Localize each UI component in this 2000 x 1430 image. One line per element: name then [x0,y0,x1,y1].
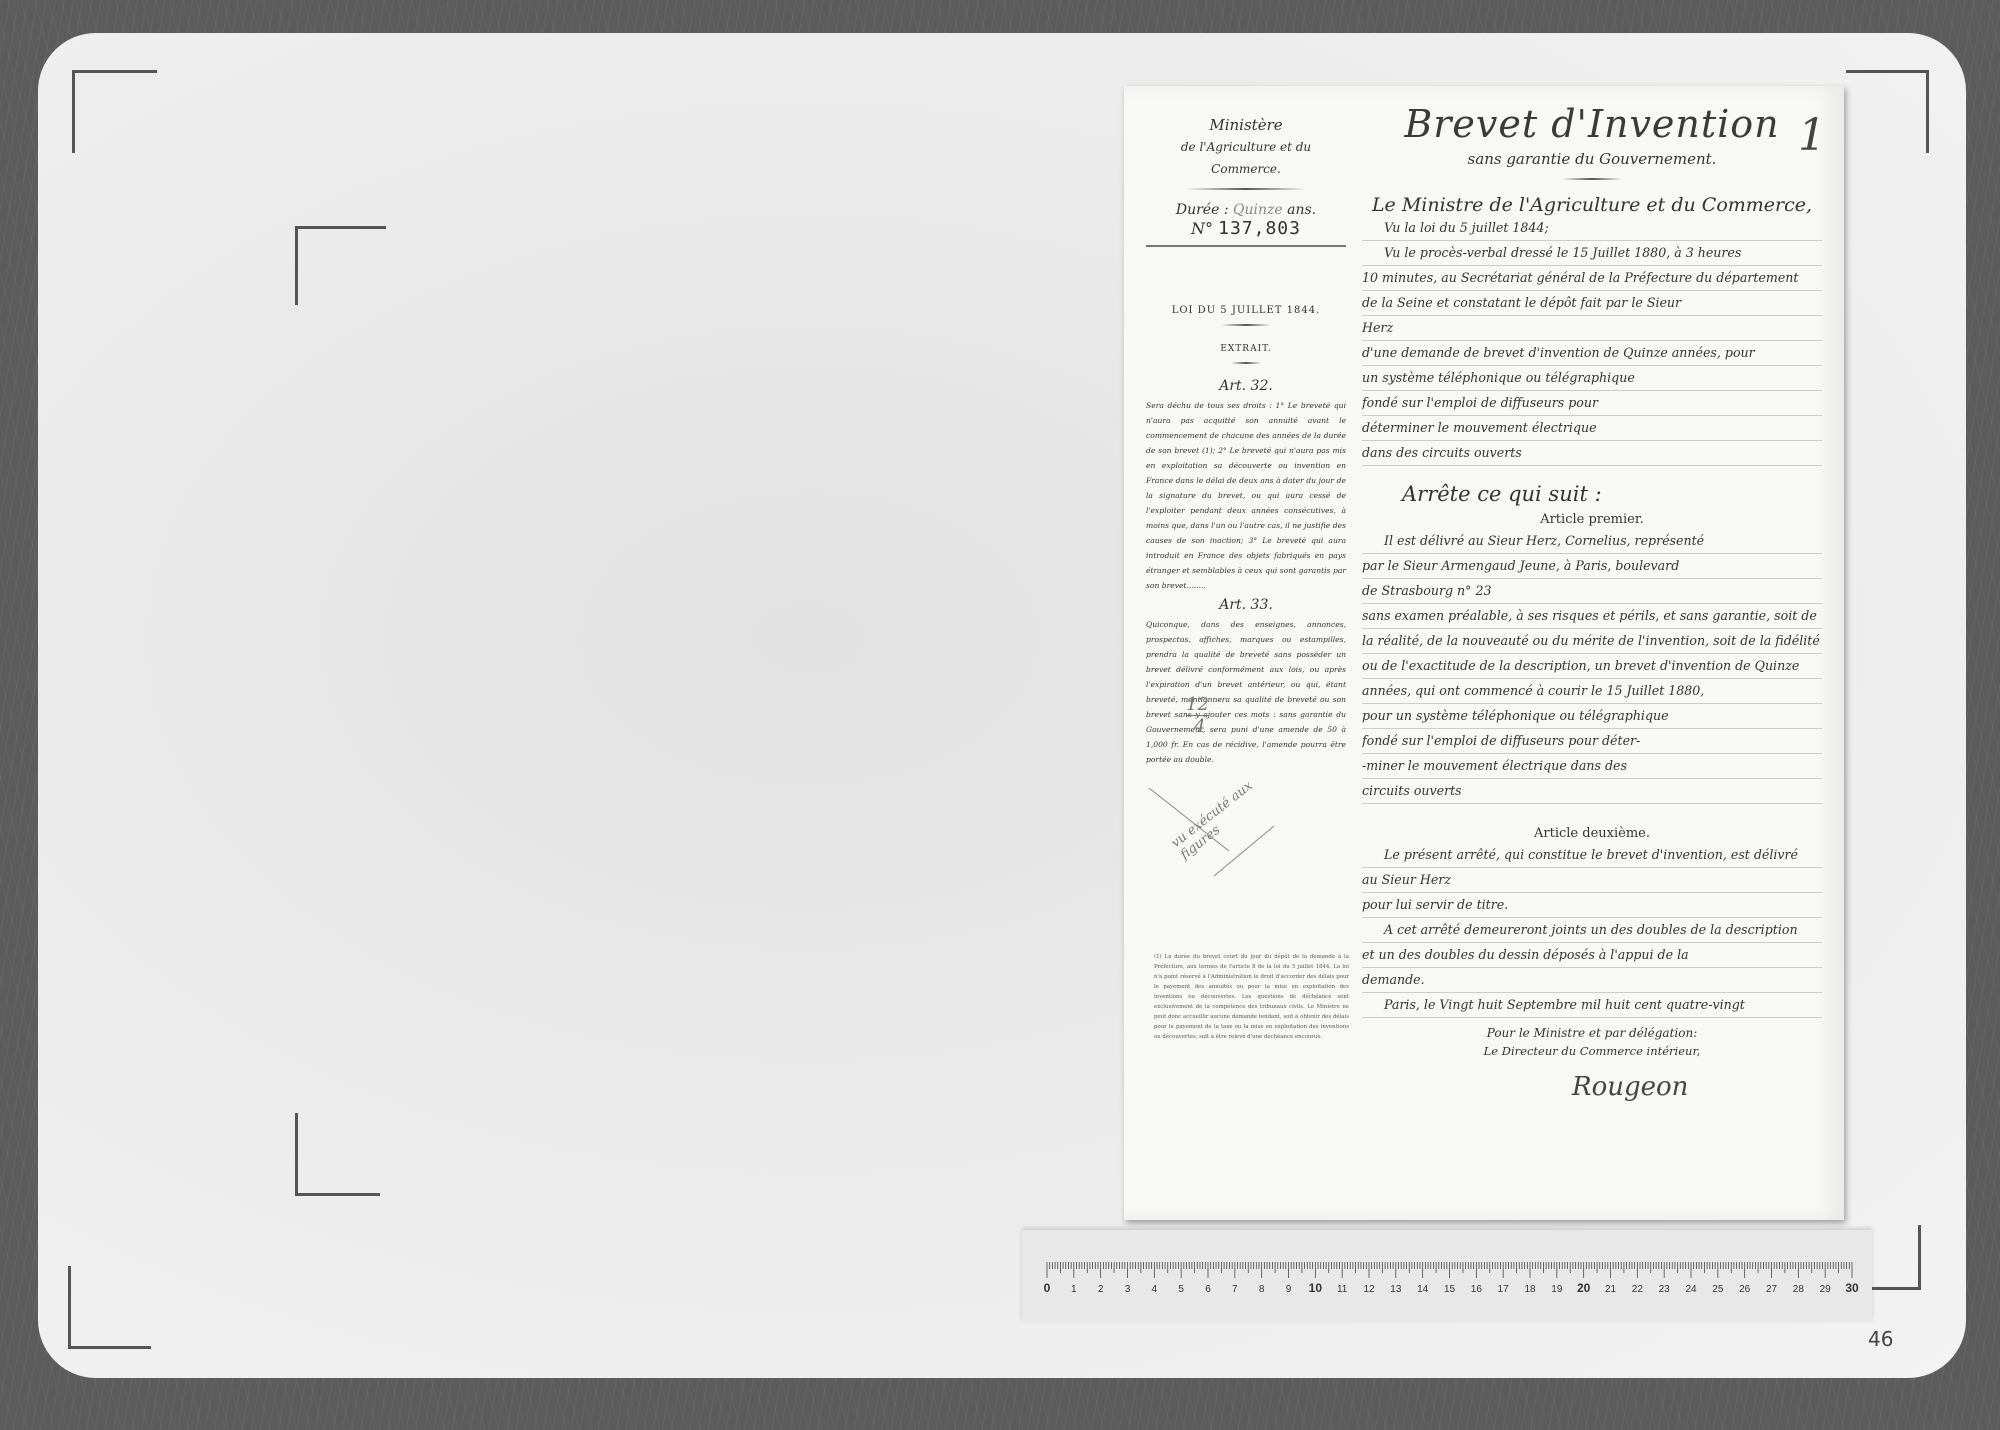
svg-text:15: 15 [1444,1284,1456,1295]
preamble-line: d'une demande de brevet d'invention de Q… [1362,341,1822,366]
article-1-heading: Article premier. [1362,512,1822,527]
annotation-fraction: 12 4 [1186,694,1209,737]
svg-text:23: 23 [1659,1284,1671,1295]
extract-heading: EXTRAIT. [1146,344,1346,354]
crop-mark-top-left [72,70,157,153]
article-2-lines: Le présent arrêté, qui constitue le brev… [1362,843,1822,1018]
article-1-line: années, qui ont commencé à courir le 15 … [1362,679,1822,704]
svg-text:11: 11 [1337,1284,1348,1295]
document-subtitle: sans garantie du Gouvernement. [1362,150,1822,168]
article-1-line: de Strasbourg n° 23 [1362,579,1822,604]
title-mark: 1 [1798,110,1826,161]
footnote: (1) La durée du brevet court du jour du … [1154,952,1349,1042]
document-title: Brevet d'Invention [1362,102,1822,146]
svg-text:9: 9 [1286,1284,1292,1295]
article-2-line: et un des doubles du dessin déposés à l'… [1362,943,1822,968]
article-2-line: Paris, le Vingt huit Septembre mil huit … [1362,993,1822,1018]
article-2-heading: Article deuxième. [1362,826,1822,841]
svg-text:4: 4 [1152,1284,1158,1295]
signature: Rougeon [1572,1072,1822,1102]
svg-text:28: 28 [1793,1284,1805,1295]
preamble-line: de la Seine et constatant le dépôt fait … [1362,291,1822,316]
article-1-line: -miner le mouvement électrique dans des [1362,754,1822,779]
arrete-heading: Arrête ce qui suit : [1402,482,1822,506]
crop-mark-inner-top-left [295,226,386,305]
svg-text:27: 27 [1766,1284,1778,1295]
signatory-line-1: Pour le Ministre et par délégation: [1362,1026,1822,1040]
svg-text:30: 30 [1845,1281,1859,1295]
duration-label: Durée : [1176,202,1229,218]
article-1-line: Il est délivré au Sieur Herz, Cornelius,… [1362,529,1822,554]
svg-text:17: 17 [1498,1284,1510,1295]
article-1-line: pour un système téléphonique ou télégrap… [1362,704,1822,729]
article-2-line: A cet arrêté demeureront joints un des d… [1362,918,1822,943]
law-heading: LOI DU 5 JUILLET 1844. [1146,305,1346,316]
article-1-line: la réalité, de la nouveauté ou du mérite… [1362,629,1822,654]
signatory-line-2: Le Directeur du Commerce intérieur, [1362,1044,1822,1058]
svg-text:21: 21 [1605,1284,1617,1295]
svg-text:10: 10 [1309,1281,1323,1295]
svg-text:24: 24 [1685,1284,1697,1295]
article-32-title: Art. 32. [1146,378,1346,394]
patent-number: 137,803 [1218,218,1301,239]
article-1-line: fondé sur l'emploi de diffuseurs pour dé… [1362,729,1822,754]
minister-line: Le Ministre de l'Agriculture et du Comme… [1362,194,1822,216]
article-2-line: Le présent arrêté, qui constitue le brev… [1362,843,1822,868]
svg-text:16: 16 [1471,1284,1483,1295]
crop-mark-top-right [1846,70,1929,153]
svg-text:2: 2 [1098,1284,1104,1295]
preamble-lines: Vu la loi du 5 juillet 1844;Vu le procès… [1362,216,1822,466]
svg-text:12: 12 [1363,1284,1375,1295]
ministry-title: Ministère [1146,114,1346,136]
patent-number-row: N° 137,803 [1146,218,1346,239]
duration-value: Quinze [1233,202,1283,218]
duration-row: Durée : Quinze ans. [1146,202,1346,218]
preamble-line: un système téléphonique ou télégraphique [1362,366,1822,391]
svg-text:22: 22 [1632,1284,1644,1295]
ornament-divider [1562,178,1622,180]
ornament-divider [1231,362,1261,364]
article-1-lines: Il est délivré au Sieur Herz, Cornelius,… [1362,529,1822,804]
preamble-line: dans des circuits ouverts [1362,441,1822,466]
svg-text:13: 13 [1390,1284,1402,1295]
crop-mark-inner-bottom-left [295,1113,380,1196]
svg-text:20: 20 [1577,1281,1591,1295]
ornament-divider [1186,188,1306,190]
preamble-line: Herz [1362,316,1822,341]
article-1-line: par le Sieur Armengaud Jeune, à Paris, b… [1362,554,1822,579]
article-33-text: Quiconque, dans des enseignes, annonces,… [1146,617,1346,767]
svg-text:14: 14 [1417,1284,1429,1295]
svg-text:18: 18 [1524,1284,1536,1295]
divider [1146,245,1346,247]
article-33-title: Art. 33. [1146,597,1346,613]
article-1-line: sans examen préalable, à ses risques et … [1362,604,1822,629]
ruler-scale: 0123456789101112131415161718192021222324… [1022,1230,1872,1322]
svg-text:7: 7 [1232,1284,1238,1295]
svg-text:26: 26 [1739,1284,1751,1295]
ornament-divider [1221,324,1271,326]
svg-text:25: 25 [1712,1284,1724,1295]
duration-unit: ans. [1287,202,1316,218]
number-label: N° [1191,219,1213,238]
page-number: 46 [1868,1327,1893,1351]
crop-mark-bottom-left [68,1266,151,1349]
fraction-top: 12 [1186,694,1209,716]
article-32-text: Sera déchu de tous ses droits : 1° Le br… [1146,398,1346,593]
svg-text:5: 5 [1178,1284,1184,1295]
fraction-bottom: 4 [1186,716,1209,737]
svg-text:8: 8 [1259,1284,1265,1295]
svg-text:6: 6 [1205,1284,1211,1295]
article-2-line: demande. [1362,968,1822,993]
svg-text:1: 1 [1071,1284,1077,1295]
left-column: Ministère de l'Agriculture et du Commerc… [1146,114,1346,767]
svg-text:19: 19 [1551,1284,1563,1295]
article-1-line: circuits ouverts [1362,779,1822,804]
ministry-subtitle: de l'Agriculture et du Commerce. [1146,136,1346,180]
preamble-line: Vu le procès-verbal dressé le 15 Juillet… [1362,241,1822,266]
preamble-line: déterminer le mouvement électrique [1362,416,1822,441]
svg-text:3: 3 [1125,1284,1131,1295]
patent-document: Ministère de l'Agriculture et du Commerc… [1124,86,1844,1220]
preamble-line: Vu la loi du 5 juillet 1844; [1362,216,1822,241]
article-1-line: ou de l'exactitude de la description, un… [1362,654,1822,679]
article-2-line: pour lui servir de titre. [1362,893,1822,918]
measurement-ruler: 0123456789101112131415161718192021222324… [1022,1230,1872,1322]
svg-text:29: 29 [1820,1284,1832,1295]
preamble-line: fondé sur l'emploi de diffuseurs pour [1362,391,1822,416]
svg-text:0: 0 [1044,1281,1051,1295]
right-column: Brevet d'Invention 1 sans garantie du Go… [1362,100,1822,1102]
article-2-line: au Sieur Herz [1362,868,1822,893]
preamble-line: 10 minutes, au Secrétariat général de la… [1362,266,1822,291]
annotation-strike [1144,776,1294,886]
